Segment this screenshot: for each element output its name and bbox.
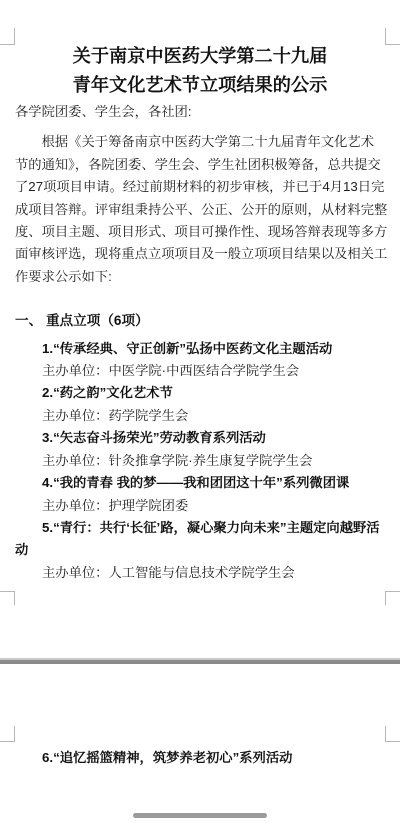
section-heading-key-projects: 一、 重点立项（6项）	[15, 310, 385, 332]
paragraph-line: 面审核评选，现将重点立项项目及一般立项项目结果以及相关工	[15, 243, 385, 265]
item-6-title: 6.“追忆摇篮精神，筑梦养老初心”系列活动	[15, 747, 385, 769]
paragraph-line: 了27项项目申请。经过前期材料的初步审核，并已于4月13日完	[15, 176, 385, 198]
page1-margin-mark-top-left	[0, 28, 15, 45]
project-list: 1.“传承经典、守正创新”弘扬中医药文化主题活动 主办单位：中医学院·中西医结合…	[15, 338, 385, 584]
intro-paragraph: 根据《关于筹备南京中医药大学第二十九届青年文化艺术 节的通知》，各院团委、学生会…	[15, 131, 385, 288]
item-1-organizer: 主办单位：中医学院·中西医结合学院学生会	[15, 360, 385, 382]
page-separator	[0, 658, 400, 664]
paragraph-line: 作要求公示如下:	[15, 266, 385, 288]
paragraph-line: 成项目答辩。评审组秉持公平、公正、公开的原则，从材料完整	[15, 199, 385, 221]
page1-margin-mark-top-right	[385, 28, 400, 45]
home-indicator[interactable]	[133, 813, 267, 818]
item-2-title: 2.“药之韵”文化艺术节	[15, 382, 385, 404]
item-5-title-wrap: 动	[15, 539, 385, 561]
page-1: 关于南京中医药大学第二十九届 青年文化艺术节立项结果的公示 各学院团委、学生会，…	[0, 0, 400, 584]
item-2-organizer: 主办单位：药学院学生会	[15, 405, 385, 427]
page1-margin-mark-bottom-left	[0, 591, 15, 605]
item-3-title: 3.“矢志奋斗扬荣光”劳动教育系列活动	[15, 427, 385, 449]
item-5-organizer: 主办单位：人工智能与信息技术学院学生会	[15, 562, 385, 584]
paragraph-line: 节的通知》，各院团委、学生会、学生社团积极筹备，总共提交	[15, 154, 385, 176]
page1-margin-mark-bottom-right	[385, 591, 400, 605]
item-5-title: 5.“青行：共行‘长征’路，凝心聚力向未来”主题定向越野活	[15, 517, 385, 539]
item-1-title: 1.“传承经典、守正创新”弘扬中医药文化主题活动	[15, 338, 385, 360]
item-4-organizer: 主办单位：护理学院团委	[15, 495, 385, 517]
item-3-organizer: 主办单位：针灸推拿学院·养生康复学院学生会	[15, 450, 385, 472]
salutation: 各学院团委、学生会，各社团:	[15, 101, 385, 123]
page2-margin-mark-top-right	[385, 726, 400, 742]
document-title: 关于南京中医药大学第二十九届 青年文化艺术节立项结果的公示	[15, 0, 385, 99]
document-scroll-area[interactable]: 关于南京中医药大学第二十九届 青年文化艺术节立项结果的公示 各学院团委、学生会，…	[0, 0, 400, 825]
paragraph-line: 根据《关于筹备南京中医药大学第二十九届青年文化艺术	[15, 131, 385, 153]
title-line-2: 青年文化艺术节立项结果的公示	[15, 71, 385, 100]
item-4-title: 4.“我的青春 我的梦——我和团团这十年”系列微团课	[15, 472, 385, 494]
title-line-1: 关于南京中医药大学第二十九届	[15, 42, 385, 71]
page-2: 6.“追忆摇篮精神，筑梦养老初心”系列活动	[0, 747, 400, 769]
page2-margin-mark-top-left	[0, 726, 15, 742]
paragraph-line: 度、项目主题、项目形式、项目可操作性、现场答辩表现等多方	[15, 221, 385, 243]
